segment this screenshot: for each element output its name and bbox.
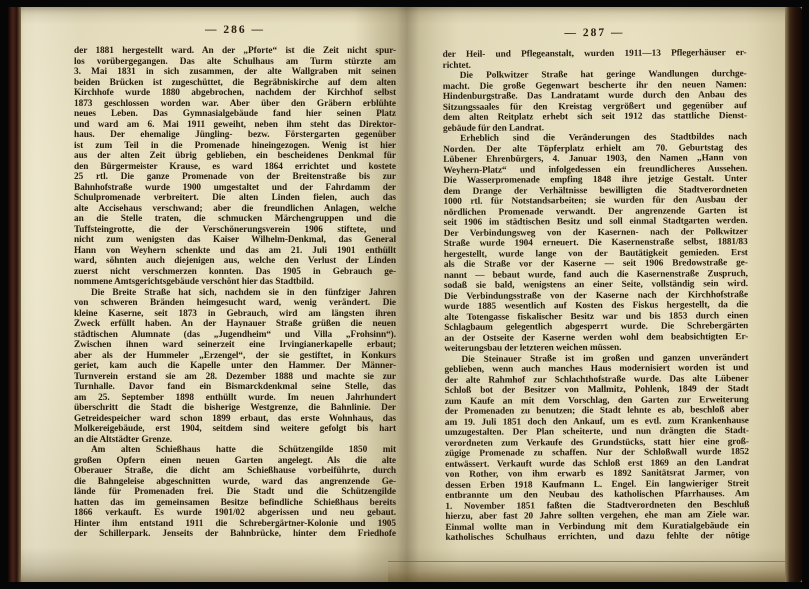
text-line: Kirchhofe wurde 1880 abgebrochen, nachde… xyxy=(74,88,396,99)
text-line: Bahnhofstraße wurde 1900 umgestaltet und… xyxy=(74,183,396,194)
book-cover-right-edge xyxy=(785,7,802,582)
text-line: katholisches Schulhaus errichten, und da… xyxy=(446,531,750,543)
page-right: — 287 — der Heil- und Pflegeanstalt, wur… xyxy=(442,25,749,543)
text-line: neues Leben. Das Gymnasialgebäude fand h… xyxy=(74,109,396,120)
text-line: aus der alten Zeit übrig geblieben, ein … xyxy=(74,151,396,162)
text-line: die Bahngeleise abgeschnitten wurde, war… xyxy=(74,477,396,488)
text-line: kleine Kaserne, seit 1873 in Gebrauch, w… xyxy=(74,309,396,320)
text-line: an die Altstädter Grenze. xyxy=(74,435,396,446)
text-line: alte Accisehaus verschwand; aber die fre… xyxy=(74,204,396,215)
text-line: 25 rtl. Die ganze Promenade von der Brei… xyxy=(74,172,396,183)
text-line: überschritt die Stadt die bisherige West… xyxy=(74,403,396,414)
text-line: 1873 geschlossen worden war. Aber über d… xyxy=(74,99,396,110)
page-edge-stack xyxy=(388,561,785,582)
page-number-left: — 286 — xyxy=(74,23,396,37)
text-line: Molkereigebäude, erst 1904, seitdem sind… xyxy=(74,424,396,435)
text-line: 1866 verkauft. Es wurde 1901/02 abgeriss… xyxy=(74,508,396,519)
page-right-text: der Heil- und Pflegeanstalt, wurden 1911… xyxy=(443,48,750,543)
text-line: und ward am 6. Mai 1911 geweiht, neben i… xyxy=(74,120,396,131)
text-line: Hann von Weyhern schenkte und das am 21.… xyxy=(74,246,396,257)
text-line: großen Opfern einen neuen Garten angeleg… xyxy=(74,456,396,467)
text-line: Schulpromenade verbreitert. Die alten Li… xyxy=(74,193,396,204)
text-line: der Schillerpark. Jenseits der Bahnbrück… xyxy=(74,529,396,540)
text-line: an die Stelle traten, die schmucken Märc… xyxy=(74,214,396,225)
text-line: haus. Der ehemalige Jüngling- bezw. Förs… xyxy=(74,130,396,141)
text-line: nicht zum wenigsten das Kaiser Wilhelm-D… xyxy=(74,235,396,246)
text-line: Hinter ihm entstand 1911 die Schrebergär… xyxy=(74,519,396,530)
text-line: städtischen Alumnate (das „Jugendheim“ u… xyxy=(74,330,396,341)
book-cover-left-edge xyxy=(8,7,21,582)
text-line: beiden Brücken ist zugeschüttet, die Beg… xyxy=(74,78,396,89)
text-line: von schweren Bränden heimgesucht ward, w… xyxy=(74,298,396,309)
text-line: ward, söhnten auch diejenigen aus, welch… xyxy=(74,256,396,267)
page-left-text: der 1881 hergestellt ward. An der „Pfort… xyxy=(74,46,396,540)
text-line: geriet, kam auch die Kapelle unter den H… xyxy=(74,361,396,372)
book-scan-photo: — 286 — der 1881 hergestellt ward. An de… xyxy=(0,0,809,589)
text-line: zuerst nicht verschmerzen konnten. Das 1… xyxy=(74,267,396,278)
text-line: nommene Amtsgerichtsgebäude verschönt hi… xyxy=(74,277,396,288)
text-line: aber als der Hummeler „Erzengel“, der si… xyxy=(74,351,396,362)
text-line: Zweck erfüllt haben. An der Haynauer Str… xyxy=(74,319,396,330)
text-line: hatten das im gemeinsamen Besitze befind… xyxy=(74,498,396,509)
text-line: Zwischen ihnen ward seinerzeit eine Irvi… xyxy=(74,340,396,351)
text-line: Getreidespeicher ward schon 1899 erbaut,… xyxy=(74,414,396,425)
text-line: Oberauer Straße, die dicht am Schießhaus… xyxy=(74,466,396,477)
text-line: Tuffsteingrotte, die der Verschönerungsv… xyxy=(74,225,396,236)
text-line: lände für Promenaden frei. Die Stadt und… xyxy=(74,487,396,498)
text-line: dem alten Reitplatz erhebt sich seit 191… xyxy=(443,111,747,123)
text-line: Am alten Schießhaus hatte die Schützengi… xyxy=(74,445,396,456)
text-line: los vorübergegangen. Das alte Schulhaus … xyxy=(74,57,396,68)
book-spread: — 286 — der 1881 hergestellt ward. An de… xyxy=(8,7,802,582)
text-line: der 1881 hergestellt ward. An der „Pfort… xyxy=(74,46,396,57)
text-line: Die Breite Straße hat sich, nachdem sie … xyxy=(74,288,396,299)
text-line: am 25. September 1898 enthüllt wurde. Im… xyxy=(74,393,396,404)
text-line: Turnhalle. Davor fand ein Bismarckdenkma… xyxy=(74,382,396,393)
text-line: ist zum Teil in die Promenade hineingezo… xyxy=(74,141,396,152)
text-line: Turnverein erstand sie am 28. Dezember 1… xyxy=(74,372,396,383)
text-line: der Heil- und Pflegeanstalt, wurden 1911… xyxy=(443,48,747,60)
page-left: — 286 — der 1881 hergestellt ward. An de… xyxy=(74,23,396,540)
page-number-right: — 287 — xyxy=(442,25,746,41)
text-line: den Bürgermeister Krause, es ward 1864 e… xyxy=(74,162,396,173)
text-line: 3. Mai 1831 in sich zusammen, der alte W… xyxy=(74,67,396,78)
